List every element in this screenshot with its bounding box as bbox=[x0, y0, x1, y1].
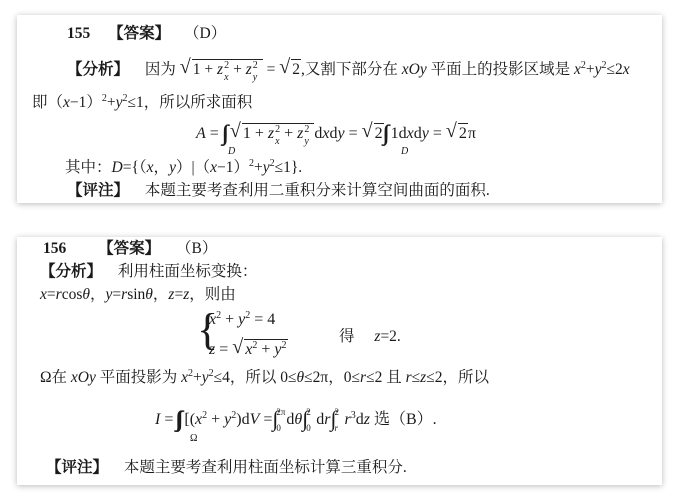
answer-label: 【答案】 bbox=[98, 240, 160, 257]
answer-value: （D） bbox=[184, 25, 226, 42]
comment-text: 本题主要考查利用柱面坐标计算三重积分. bbox=[124, 459, 407, 476]
analysis-prefix: 因为 bbox=[145, 61, 176, 78]
analysis-line-1: 【分析】 因为 1 + z2x+ z2y = 2,又割下部分在 xOy 平面上的… bbox=[67, 59, 630, 80]
problem-number: 155 bbox=[67, 25, 90, 42]
analysis-label: 【分析】 bbox=[40, 263, 102, 280]
formula-sqrt: 1 + z2x+ z2y bbox=[180, 59, 263, 80]
analysis-line-1: 【分析】 利用柱面坐标变换： bbox=[40, 262, 257, 282]
integral-formula: I = ∫∫∫[(x2 + y2)dV =∫2π0dθ∫20dr∫2rr3dz … bbox=[155, 407, 437, 430]
substitution-line: x=rcosθ，y=rsinθ，z=z，则由 bbox=[40, 285, 236, 305]
comment-line: 【评注】 本题主要考查利用二重积分来计算空间曲面的面积. bbox=[67, 181, 490, 201]
comment-label: 【评注】 bbox=[46, 459, 108, 476]
comment-line: 【评注】 本题主要考查利用柱面坐标计算三重积分. bbox=[46, 458, 407, 478]
analysis-label: 【分析】 bbox=[67, 61, 129, 78]
answer-label: 【答案】 bbox=[108, 25, 170, 42]
analysis-text: ,又割下部分在 bbox=[301, 61, 402, 78]
analysis-text-2: 平面上的投影区域是 bbox=[427, 61, 574, 78]
integral-domain-d: D bbox=[228, 146, 235, 157]
plane-name: xOy bbox=[402, 61, 427, 78]
answer-value: （B） bbox=[176, 240, 217, 257]
integral-domain-omega: Ω bbox=[190, 433, 197, 444]
solution-card-155: 155 【答案】 （D） 【分析】 因为 1 + z2x+ z2y = 2,又割… bbox=[17, 15, 662, 203]
system-result: 得 z=2. bbox=[339, 327, 401, 347]
projection-line: Ω在 xOy 平面投影为 x2+y2≤4，所以 0≤θ≤2π，0≤r≤2 且 r… bbox=[40, 368, 489, 388]
integral-domain-d-2: D bbox=[401, 146, 408, 157]
analysis-line-2: 即（x−1）2+y2≤1，所以所求面积 bbox=[32, 93, 252, 113]
problem-header-156: 156 【答案】 （B） bbox=[43, 239, 217, 259]
analysis-text: 利用柱面坐标变换： bbox=[118, 263, 258, 280]
system-eq-2: z = x2 + y2 bbox=[209, 339, 288, 360]
domain-note: 其中：D={（x，y）|（x−1）2+y2≤1}. bbox=[65, 158, 302, 178]
result-prefix: 得 bbox=[339, 328, 355, 345]
problem-header-155: 155 【答案】 （D） bbox=[67, 24, 226, 44]
problem-number: 156 bbox=[43, 240, 66, 257]
comment-label: 【评注】 bbox=[67, 182, 129, 199]
solution-card-156: 156 【答案】 （B） 【分析】 利用柱面坐标变换： x=rcosθ，y=rs… bbox=[17, 237, 662, 485]
area-formula: A = ∫∫1 + z2x+ z2ydxdy = 2∫∫1dxdy = 2π bbox=[196, 121, 476, 144]
region-inequality: x2+y2≤2x bbox=[574, 61, 630, 78]
comment-text: 本题主要考查利用二重积分来计算空间曲面的面积. bbox=[145, 182, 490, 199]
system-eq-1: x2 + y2 = 4 bbox=[209, 310, 275, 330]
